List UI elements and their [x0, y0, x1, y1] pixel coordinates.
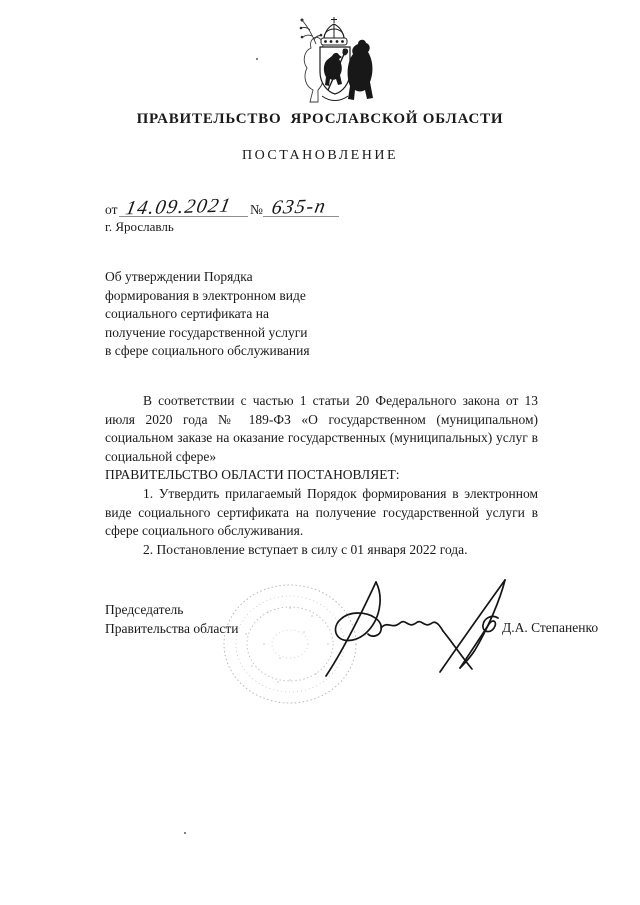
paragraph-point-1: 1. Утвердить прилагаемый Порядок формиро…	[105, 485, 538, 541]
subject-block: Об утверждении Порядка формирования в эл…	[105, 268, 365, 361]
date-label: от	[105, 202, 117, 218]
city-line: г. Ярославль	[105, 219, 174, 235]
number-label: №	[250, 202, 263, 218]
org-name-title: ПРАВИТЕЛЬСТВО ЯРОСЛАВСКОЙ ОБЛАСТИ	[0, 111, 640, 128]
body-text: В соответствии с частью 1 статьи 20 Феде…	[105, 392, 538, 559]
document-type-title: ПОСТАНОВЛЕНИЕ	[0, 148, 640, 164]
signer-position-title: Председатель Правительства области	[105, 601, 238, 638]
number-underline	[263, 216, 339, 217]
right-supporter-bear-shape	[348, 40, 373, 100]
handwritten-signature	[312, 572, 517, 696]
date-underline	[119, 216, 248, 217]
yaroslavl-oblast-coat-of-arms-icon	[288, 14, 384, 106]
scan-artifact-dot	[184, 832, 186, 834]
signer-name: Д.А. Степаненко	[502, 620, 598, 636]
paragraph-point-2: 2. Постановление вступает в силу с 01 ян…	[105, 541, 538, 560]
paragraph-legal-basis: В соответствии с частью 1 статьи 20 Феде…	[105, 392, 538, 466]
base-scroll-shape	[322, 96, 348, 101]
scan-artifact-dot	[256, 58, 258, 60]
paragraph-resolution-intro: ПРАВИТЕЛЬСТВО ОБЛАСТИ ПОСТАНОВЛЯЕТ:	[105, 466, 538, 485]
decree-document-page: ПРАВИТЕЛЬСТВО ЯРОСЛАВСКОЙ ОБЛАСТИ ПОСТАН…	[0, 0, 640, 905]
